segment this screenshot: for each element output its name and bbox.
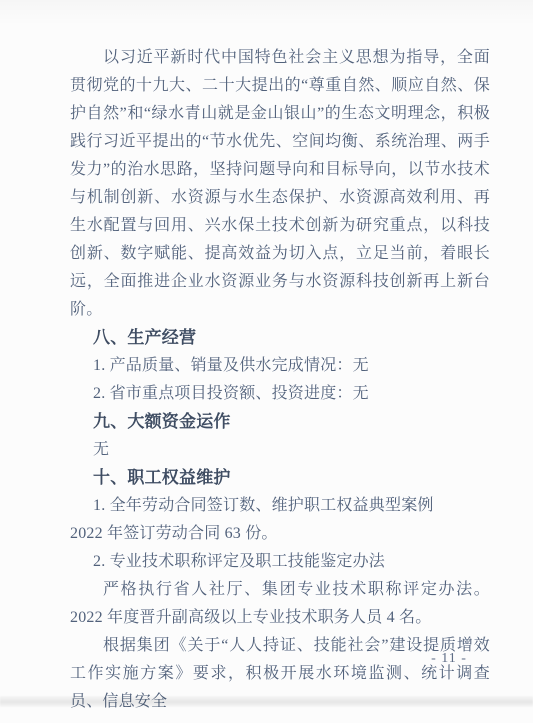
item-product-quality: 1. 产品质量、销量及供水完成情况：无 bbox=[70, 352, 490, 380]
heading-section-9-large-funds: 九、大额资金运作 bbox=[70, 408, 490, 436]
item-key-project-investment: 2. 省市重点项目投资额、投资进度：无 bbox=[70, 380, 490, 408]
para-guiding-ideology: 以习近平新时代中国特色社会主义思想为指导，全面贯彻党的十九大、二十大提出的“尊重… bbox=[70, 44, 490, 324]
para-skills-certification: 根据集团《关于“人人持证、技能社会”建设提质增效工作实施方案》要求，积极开展水环… bbox=[70, 632, 490, 716]
item-labor-contracts: 1. 全年劳动合同签订数、维护职工权益典型案例 bbox=[70, 492, 490, 520]
line-labor-contract-count: 2022 年签订劳动合同 63 份。 bbox=[70, 520, 490, 548]
heading-section-8-production: 八、生产经营 bbox=[70, 324, 490, 352]
document-body: 以习近平新时代中国特色社会主义思想为指导，全面贯彻党的十九大、二十大提出的“尊重… bbox=[70, 44, 490, 716]
page-number: - 11 - bbox=[418, 651, 480, 667]
scan-shading-top bbox=[0, 0, 533, 26]
heading-section-10-employee-rights: 十、职工权益维护 bbox=[70, 464, 490, 492]
scanned-document-page: 以习近平新时代中国特色社会主义思想为指导，全面贯彻党的十九大、二十大提出的“尊重… bbox=[0, 0, 533, 723]
item-none: 无 bbox=[70, 436, 490, 464]
item-professional-titles: 2. 专业技术职称评定及职工技能鉴定办法 bbox=[70, 548, 490, 576]
para-title-evaluation: 严格执行省人社厅、集团专业技术职称评定办法。2022 年度晋升副高级以上专业技术… bbox=[70, 576, 490, 632]
